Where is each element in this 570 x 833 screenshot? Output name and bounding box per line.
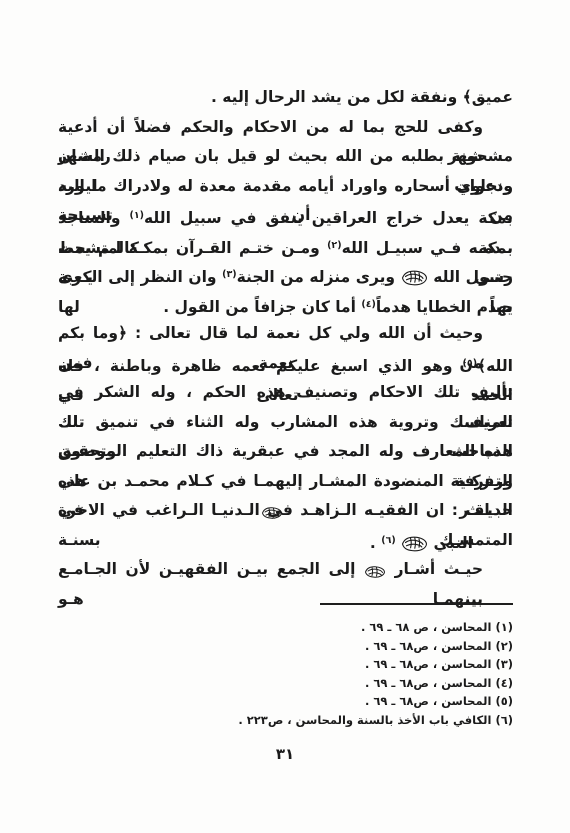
body-line: هذه المعارف وله المجد في عبقرية ذاك التع… bbox=[58, 437, 513, 467]
body-line: عميق﴾ ونفقة لكل من يشد الرحال إليه . bbox=[58, 83, 513, 113]
body-line: المناسك وتروية هذه المشارب وله الثناء في… bbox=[58, 408, 513, 438]
body-line: مشحونة بطلبه من الله بحيث لو قيل بان صيا… bbox=[58, 142, 513, 172]
footnote-item: (٦) الكافي باب الأخذ بالسنة والمحاسن ، ص… bbox=[58, 711, 513, 730]
body-line: وحيث أن الله ولي كل نعمة لما قال تعالى :… bbox=[58, 319, 513, 349]
body-line: بـدمـه فـي سبيـل الله(٢) ومـن ختـم القـر… bbox=[58, 231, 513, 261]
body-line: تأليف تلك الاحكام وتصنيف هذه الحكم ، وله… bbox=[58, 378, 513, 408]
footnote-item: (١) المحاسن ، ص ٦٨ ـ ٦٩ . bbox=[58, 618, 513, 637]
footnote-item: (٣) المحاسن ، ص٦٨ ـ ٦٩ . bbox=[58, 655, 513, 674]
book-page: عميق﴾ ونفقة لكل من يشد الرحال إليه . وكف… bbox=[0, 0, 570, 833]
body-line: حيـث أشـار إلى الجمع بيـن الفقهيـن لأن ا… bbox=[58, 555, 513, 585]
body-line: التـزكـية المنضودة المشـار إليهمـا في كـ… bbox=[58, 467, 513, 497]
footnote-item: (٤) المحاسن ، ص٦٨ ـ ٦٩ . bbox=[58, 674, 513, 693]
body-line: حديـث : ان الفقيـه الـزاهـد في الـدنيـا … bbox=[58, 496, 513, 526]
footnote-marker: (٥) bbox=[463, 358, 478, 369]
body-line: رسول الله ويرى منزله من الجنة(٣) وان الن… bbox=[58, 260, 513, 290]
body-text: عميق﴾ ونفقة لكل من يشد الرحال إليه . وكف… bbox=[58, 83, 513, 585]
footnote-marker: (٦) bbox=[381, 535, 396, 546]
footnote-marker: (١) bbox=[130, 210, 145, 221]
page-number: ٣١ bbox=[0, 745, 570, 763]
footnotes: (١) المحاسن ، ص ٦٨ ـ ٦٩ . (٢) المحاسن ، … bbox=[58, 618, 513, 730]
honorific-pbuh-seal-icon bbox=[401, 269, 428, 287]
body-line: الله﴾(٥) وهو الذي اسبغ عليكم نعمه ظاهرة … bbox=[58, 349, 513, 379]
footnote-marker: (٢) bbox=[327, 240, 342, 251]
body-line: بمكة يعدل خراج العراقين ينفق في سبيل الل… bbox=[58, 201, 513, 231]
body-line: وكفى للحج بما له من الاحكام والحكم فضلاً… bbox=[58, 113, 513, 143]
footnote-item: (٢) المحاسن ، ص٦٨ ـ ٦٩ . bbox=[58, 637, 513, 656]
footnote-item: (٥) المحاسن ، ص٦٨ ـ ٦٩ . bbox=[58, 692, 513, 711]
footnote-marker: (٤) bbox=[361, 299, 376, 310]
honorific-pbuh-seal-icon bbox=[401, 535, 428, 553]
body-line: ونجاوي أسحاره واوراد أيامه مقدمة معدة له… bbox=[58, 172, 513, 202]
footnote-separator bbox=[320, 603, 513, 605]
footnote-marker: (٣) bbox=[222, 269, 237, 280]
honorific-as-seal-icon bbox=[364, 565, 386, 579]
